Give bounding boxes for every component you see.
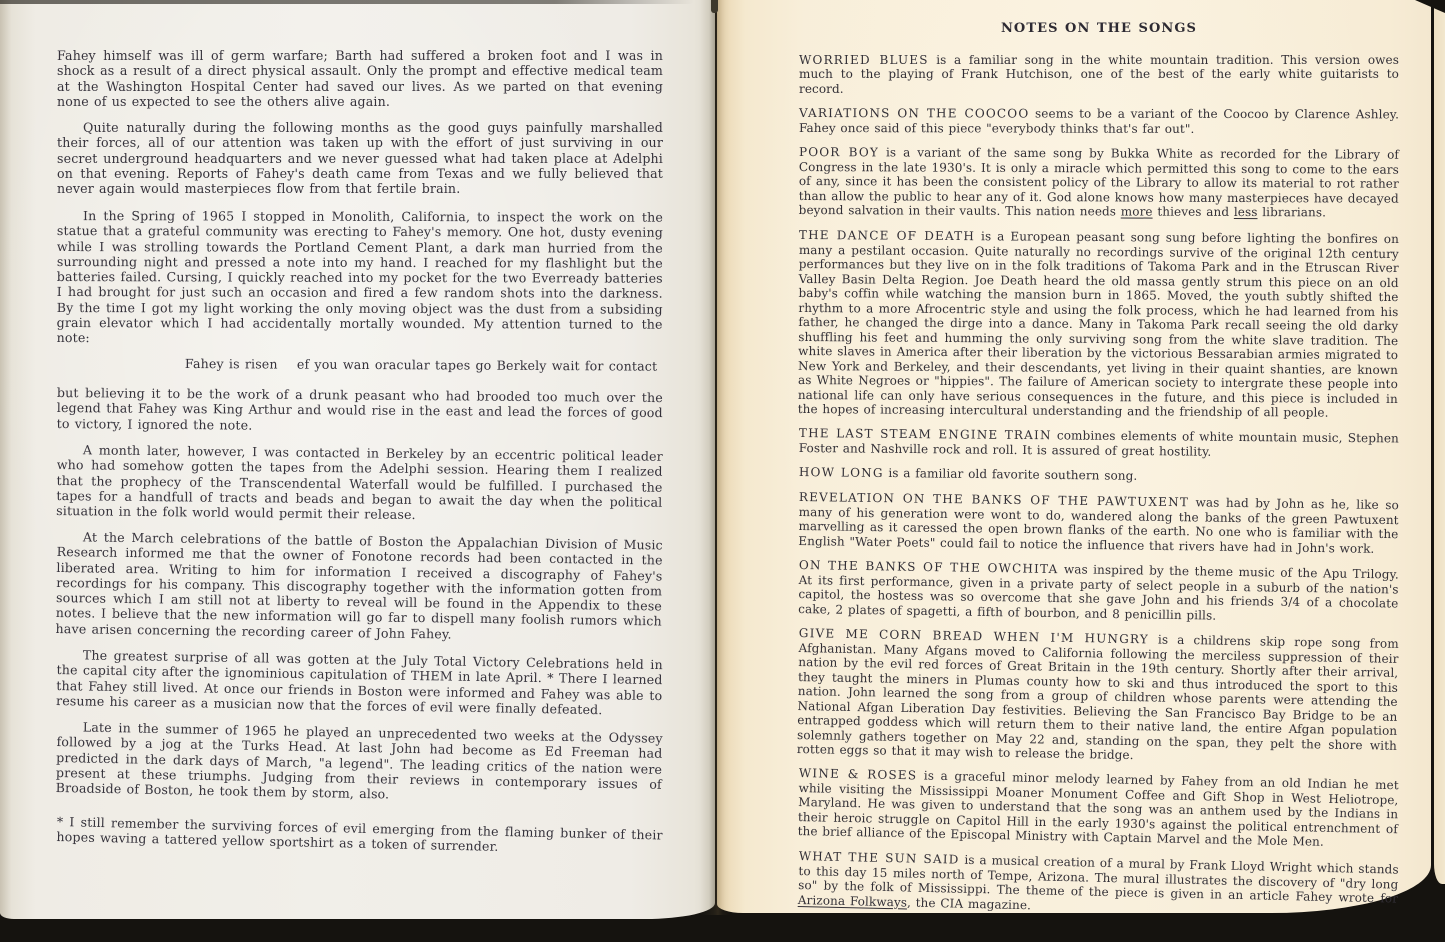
song-note-text: , the CIA magazine. <box>907 894 1031 911</box>
song-note: WORRIED BLUES is a familiar song in the … <box>799 53 1399 97</box>
song-title: VARIATIONS ON THE COOCOO <box>799 106 1029 121</box>
paragraph: Quite naturally during the following mon… <box>57 120 663 196</box>
song-note-text: is a European peasant song sung before l… <box>798 229 1399 419</box>
underlined-text: Arizona Folkways <box>798 892 908 908</box>
note-line: Fahey is risen ef you wan oracular tapes… <box>185 356 663 374</box>
page-top-shadow-edge <box>0 0 694 4</box>
paragraph: A month later, however, I was contacted … <box>56 442 663 525</box>
paragraph: The greatest surprise of all was gotten … <box>56 647 663 718</box>
song-notes-list: WORRIED BLUES is a familiar song in the … <box>799 53 1399 907</box>
scanned-booklet-spread: Fahey himself was ill of germ warfare; B… <box>0 0 1445 942</box>
song-note: GIVE ME CORN BREAD WHEN I'M HUNGRY is a … <box>797 626 1399 767</box>
right-page: NOTES ON THE SONGS WORRIED BLUES is a fa… <box>717 0 1431 913</box>
song-note-text: is a childrens skip rope song from Afgha… <box>797 632 1399 762</box>
song-title: WORRIED BLUES <box>799 53 929 67</box>
paragraph: but believing it to be the work of a dru… <box>57 385 663 436</box>
song-note: ON THE BANKS OF THE OWCHITA was inspired… <box>798 558 1399 626</box>
song-title: POOR BOY <box>799 145 879 159</box>
paragraph: At the March celebrations of the battle … <box>56 529 663 645</box>
left-page: Fahey himself was ill of germ warfare; B… <box>0 0 715 919</box>
paragraph: Late in the summer of 1965 he played an … <box>56 719 663 807</box>
paragraph: Fahey himself was ill of germ warfare; B… <box>57 48 663 109</box>
left-page-text-column: Fahey himself was ill of germ warfare; B… <box>57 48 663 855</box>
song-note: REVELATION ON THE BANKS OF THE PAWTUXENT… <box>798 490 1399 556</box>
song-note: THE LAST STEAM ENGINE TRAIN combines ele… <box>799 426 1399 460</box>
adjacent-page-edge <box>1434 0 1445 884</box>
song-note-text: is a familiar old favorite southern song… <box>884 466 1138 483</box>
footnote: * I still remember the surviving forces … <box>56 814 663 858</box>
paragraph: In the Spring of 1965 I stopped in Monol… <box>57 208 663 347</box>
song-note: THE DANCE OF DEATH is a European peasant… <box>798 228 1399 421</box>
song-note: HOW LONG is a familiar old favorite sout… <box>799 465 1399 486</box>
song-note-text: librarians. <box>1258 205 1327 219</box>
underlined-text: less <box>1234 205 1258 219</box>
underlined-text: more <box>1121 204 1153 218</box>
right-page-text-column: NOTES ON THE SONGS WORRIED BLUES is a fa… <box>799 22 1399 917</box>
song-title: THE DANCE OF DEATH <box>799 228 975 243</box>
song-note-text: thieves and <box>1153 205 1234 219</box>
song-note: VARIATIONS ON THE COOCOO seems to be a v… <box>799 106 1399 136</box>
song-note: POOR BOY is a variant of the same song b… <box>799 145 1399 220</box>
song-note: WINE & ROSES is a graceful minor melody … <box>798 766 1399 851</box>
song-title: HOW LONG <box>799 465 884 480</box>
song-note: WHAT THE SUN SAID is a musical creation … <box>798 849 1399 921</box>
staple-mark <box>711 0 718 13</box>
page-title: NOTES ON THE SONGS <box>799 22 1399 37</box>
